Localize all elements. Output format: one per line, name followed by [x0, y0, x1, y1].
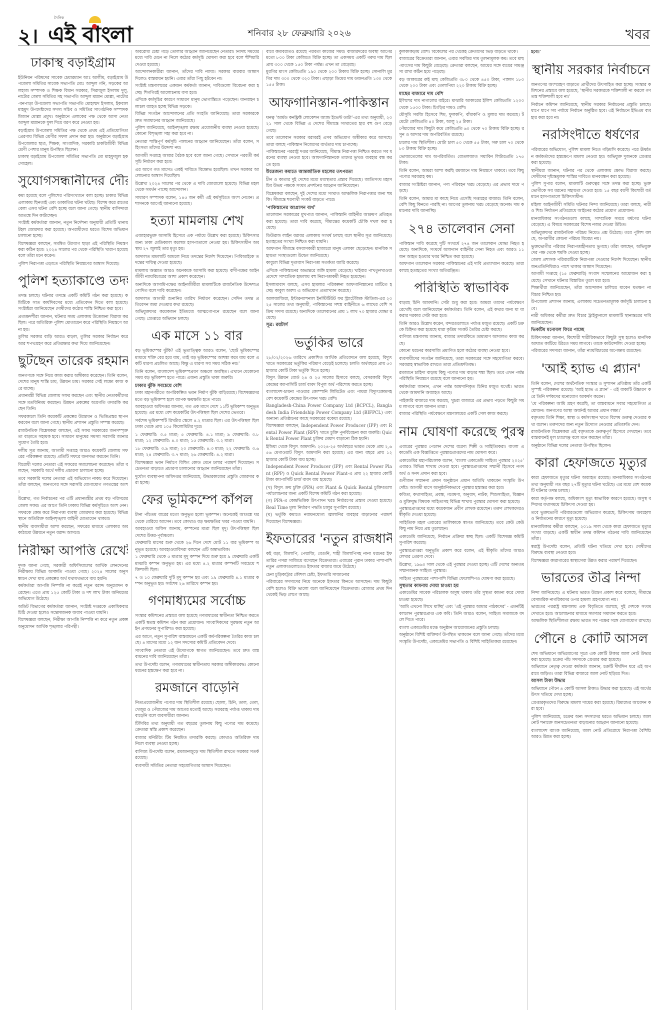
article-paragraph: পাকিস্তানের পররাষ্ট্র দপ্তর জানিয়েছে, স…	[266, 150, 392, 169]
article-paragraph: পাকিস্তান দাবি করেছে দুটি সংঘর্ষে ২৭৪ জন…	[399, 242, 524, 261]
article-paragraph: গুণীজন সম্মাননা প্রদান অনুষ্ঠানে প্রধান …	[399, 479, 524, 492]
article-headline[interactable]: পৌনে ৪ কোটি আসল	[531, 632, 651, 648]
article: নাম ঘোষণা করেছে পুরস্কারএবারের পুরস্কার …	[399, 425, 524, 646]
article-paragraph: আলজাজিরা, ইন্টারন্যাশনাল ইনস্টিটিউট ফর স…	[266, 297, 392, 323]
article-paragraph: প্রত্যক্ষদর্শীরা জানান, ঘটনার সময় এলাকা…	[18, 315, 128, 334]
article-paragraph: পুরস্কারপ্রাপ্তদের মধ্যে কয়েকজন প্রবীণ …	[399, 507, 524, 520]
article-paragraph: সর্বশেষ ভূমিকম্পটি রিখটার স্কেলে ৪.২ মাত…	[135, 419, 259, 432]
article: ভারতের তীব্র নিন্দানিন্দা জানিয়েছে। এ ঘ…	[531, 571, 651, 625]
article-subheading: ভিকটিম মনোবল ফিরে পাচ্ছে	[531, 328, 651, 335]
article-paragraph: এজাহারভুক্ত আসামি হিসেবে এক পর্যায়ে উল্…	[135, 234, 259, 253]
article-paragraph: এদিকে পাকিস্তানের অভ্যন্তরে জঙ্গি হামলা …	[266, 269, 392, 282]
article-headline[interactable]: ছুটছেন তারেক রহমান	[18, 354, 128, 370]
article-paragraph: বাংলাদেশ ব্যাংক জানিয়েছে, জাল নোট প্রতি…	[531, 729, 651, 742]
article-paragraph: ব্যবসায়ীদের সংগঠন জানিয়েছে, তারা সরকার…	[399, 357, 524, 370]
article-paragraph: কাবুলে বিভিন্ন দূতাবাস নিরাপত্তা সতর্কতা…	[266, 261, 392, 267]
article: ফের ভূমিকম্পে কাঁপলটানা পাঁচতম বারের মতো…	[135, 493, 259, 588]
article: কারা হেফাজতে মৃত্যুরকারা হেফাজতে মৃত্যুর…	[531, 456, 651, 565]
article-headline[interactable]: এক মাসে ১১ বার	[135, 329, 259, 345]
article-paragraph: Bangladesh-China Power Company Ltd (BCPC…	[266, 404, 392, 423]
column-divider	[262, 50, 263, 1010]
article: এক মাসে ১১ বারবড় ভূমিকম্পের ঝুঁকি? এই ভ…	[135, 329, 259, 487]
article-paragraph: অন্যদিকে আসামিপক্ষের আইনজীবীরা মামলাটিকে…	[135, 283, 259, 296]
article-paragraph: স্থানীয় ব্যবসায়ীরা আশা করছেন, সফরের মা…	[18, 525, 128, 538]
article-paragraph: তবে তালেবান সরকার বরাবরই এসব অভিযোগ অস্ব…	[266, 136, 392, 149]
article-paragraph: গ্রেপ্তারকৃতদের বিরুদ্ধে মামলা দায়ের কর…	[531, 701, 651, 714]
article-headline[interactable]: নিরীক্ষা আপত্তি রেখেই	[18, 544, 128, 560]
article-paragraph: 'আমি এখনো লিখে যাচ্ছি' এবং 'এই পুরস্কার …	[399, 605, 524, 624]
article: কুলকাঁকড়ায় বেশি। বিকেলের পর থেকেই ক্রে…	[399, 50, 524, 216]
article: আফগানিস্তান-পাকিস্তানঘনত্ব 'আর্মড কনফ্লি…	[266, 96, 392, 330]
article-paragraph: পাইকারি বাজারে দাম কমেছে, খুচরা বাজারে এ…	[399, 399, 524, 412]
article: রমজানে বাড়েনিনিত্যপ্রয়োজনীয় পণ্যের দা…	[135, 681, 259, 770]
article-paragraph: বড় আকারের রুই মাছ কেজিপ্রতি ৩৮০ থেকে ৪৫…	[399, 78, 524, 91]
column-3: বাবে কর্মবিরতিও রয়েছে পরবর্তী কাজের সময…	[266, 50, 392, 1010]
article-paragraph: আন্দোলনকারীরা জানান, তাঁদের দাবি ন্যায্য…	[135, 70, 259, 83]
article-paragraph: আবহাওয়া অধিদপ্তর জানায়, গত এক মাসে দেশ…	[135, 405, 259, 418]
article-headline[interactable]: ঢাকাস্থ বড়াইগ্রাম	[18, 56, 128, 72]
article-paragraph: পুলিশ সুপার বলেন, মামলাটি গুরুত্বের সঙ্গ…	[531, 182, 651, 201]
article-paragraph: উল্লেখ্য, ১৯৬০ সাল থেকে এই পুরস্কার দেওয…	[399, 563, 524, 576]
article-paragraph: মানবাধিকার কর্মীরা বলছেন, ২০১৯ সাল থেকে …	[531, 525, 651, 544]
article-paragraph: তিনি বলেন, দেশের অর্থনৈতিক সংস্কার ও সুশ…	[531, 382, 651, 401]
article-paragraph: তথ্য উপদেষ্টা বলেন, গণমাধ্যমের স্বাধীনতা…	[135, 663, 259, 676]
article-paragraph: জেলা প্রশাসক পরিবারটিকে নিরাপত্তা দেওয়া…	[531, 258, 651, 271]
article-paragraph: জনগণকে সঙ্গে নিয়ে কাজ করার অঙ্গীকার করে…	[18, 374, 128, 393]
article-paragraph: অনুষ্ঠানে বিভিন্ন দলের নেতারা উপস্থিত ছি…	[531, 444, 651, 450]
article: গণমাধ্যমের সর্বোচ্চসংস্কার কমিশনের প্রস্…	[135, 594, 259, 675]
article-paragraph: অভিযুক্তদের কয়েকজন ইতিমধ্যে আত্মগোপনে র…	[135, 310, 259, 323]
article-paragraph: পুলিশ জানিয়েছে, আইনশৃঙ্খলা রক্ষায় প্রয…	[135, 126, 259, 139]
article-paragraph: ইলিশের দাম নাগালের বাইরে। মাঝারি আকারের …	[399, 99, 524, 112]
article-paragraph: ৭ ও ১০ ফেব্রুয়ারি দুটি মৃদু কম্পন হয় এ…	[135, 576, 259, 589]
article-paragraph: সফরকে কেন্দ্র করে নিরাপত্তা ব্যবস্থা জোর…	[18, 511, 128, 524]
article-paragraph: ভুক্তভোগীর পরিবার নিরাপত্তাহীনতায় ভুগছে…	[531, 245, 651, 258]
article-paragraph: এদিকে কর্মসূচির কারণে সাধারণ মানুষ ভোগান…	[135, 98, 259, 111]
article-paragraph: একাডেমি জানিয়েছে, নির্বাচন প্রক্রিয়া স…	[399, 535, 524, 548]
article-paragraph: আঞ্চলিক স্থিতিশীলতা রক্ষায় ভারত সব পক্ষ…	[531, 619, 651, 625]
article-headline[interactable]: ফের ভূমিকম্পে কাঁপল	[135, 493, 259, 509]
article-headline[interactable]: নাম ঘোষণা করেছে পুরস্কার	[399, 425, 524, 441]
article-paragraph: দুর্যোগ ব্যবস্থাপনা অধিদপ্তর জানিয়েছে, …	[135, 475, 259, 488]
article-paragraph: একাডেমির সাবেক পরিচালক অসুস্থ থাকায় তাঁ…	[399, 591, 524, 604]
article-paragraph: সাংবাদিক নেতারা এই উদ্যোগকে স্বাগত জানিয…	[135, 649, 259, 662]
article: ঢাকাস্থ বড়াইগ্রামইউনিয়ন পরিষদের সাবেক …	[18, 56, 128, 168]
article-paragraph: কারা হেফাজতে মৃত্যুর ঘটনা অব্যাহত রয়েছে…	[531, 476, 651, 495]
article-headline[interactable]: ইফতারের 'নতুন রাজধানী'	[266, 532, 392, 548]
article-paragraph: বাবে কর্মবিরতিও রয়েছে পরবর্তী কাজের সময…	[266, 50, 392, 69]
article-paragraph: সংশ্লিষ্ট মন্ত্রণালয়ের একজন কর্মকর্তা জ…	[135, 84, 259, 97]
article: নরসিংদীতে ধর্ষণেরপরিবারের অভিযোগ, পুলিশ …	[531, 128, 651, 356]
article-subheading: মাছের বাজারে দাম বেশি	[399, 92, 524, 99]
article-headline[interactable]: কারা হেফাজতে মৃত্যুর	[531, 456, 651, 472]
article: স্থানীয় সরকার নির্বাচনেজনগণের অংশগ্রহণ …	[531, 63, 651, 123]
article-paragraph: আদালত মামলাটি আমলে নিয়ে তদন্তের নির্দেশ…	[135, 255, 259, 268]
article-paragraph: স্থানীয়রা জানান, ঘটনার পর থেকে এলাকায় …	[531, 169, 651, 182]
article-paragraph: ফেব্রুয়ারি মাসের শুরু থেকে ২৬ দিনে দেশে…	[135, 541, 259, 554]
article-paragraph: ঘনত্ব 'আর্মড কনফ্লিক্ট লোকেশন অ্যান্ড ইভ…	[266, 116, 392, 135]
article-paragraph: মৌসুমি সবজি হিসেবে শিম, ফুলকপি, বাঁধাকপি…	[399, 113, 524, 126]
article-headline[interactable]: পরিস্থিতি স্বাভাবিক	[399, 281, 524, 297]
article-paragraph: বিশেষজ্ঞরা বলছেন, Independent Power Prod…	[266, 424, 392, 443]
article-paragraph: চীন ও কাতার দুই দেশের মধ্যে মধ্যস্থতার প…	[266, 178, 392, 191]
article: বাবে কর্মবিরতিও রয়েছে পরবর্তী কাজের সময…	[266, 50, 392, 90]
article-paragraph: কুলকাঁকড়ায় বেশি। বিকেলের পর থেকেই ক্রে…	[399, 50, 524, 56]
article-paragraph: চালের দাম স্থিতিশীল। মোটা চাল ৫০ থেকে ৫৫…	[399, 141, 524, 154]
article-paragraph: অডিট বিভাগের কর্মকর্তারা জানান, সংশ্লিষ্…	[18, 605, 128, 618]
article-paragraph: কবিতা, কথাসাহিত্য, প্রবন্ধ, গবেষণা, অনুব…	[399, 493, 524, 506]
article-paragraph: উল্লেখ্য ২০২৪ সালের পর থেকে এ দাবি জোরাল…	[135, 182, 259, 195]
column-divider	[527, 50, 528, 1010]
article-paragraph: সংশ্লিষ্ট কর্মকর্তারা জানান, নতুন নির্দে…	[18, 221, 128, 240]
article-paragraph: তালেবান সরকারের মুখপাত্র জানান, পাকিস্তা…	[266, 213, 392, 232]
article-paragraph: ইউনিয়ন পরিষদের সাবেক চেয়ারম্যান আঃ আলী…	[18, 76, 128, 128]
article-subheading: ঢাকার ঝুঁকি সবচেয়ে বেশি	[135, 384, 259, 391]
article-paragraph: পেঁয়াজের দাম কিছুটা কমে কেজিপ্রতি ৬০ থে…	[399, 127, 524, 140]
column-4: কুলকাঁকড়ায় বেশি। বিকেলের পর থেকেই ক্রে…	[399, 50, 524, 1010]
article-paragraph: সাহিত্যিক মহল এবারের তালিকাকে স্বাগত জান…	[399, 521, 524, 534]
article-paragraph: ভোজ্যতেলের দাম অপরিবর্তিত। বোতলজাত সয়াব…	[399, 155, 524, 168]
article-paragraph: ১ ফেব্রুয়ারি: ৩.৫ মাত্রা; ৫ ফেব্রুয়ারি…	[135, 433, 259, 446]
article-headline[interactable]: 'আই হ্যাভ এ প্ল্যান'	[531, 362, 651, 378]
article-paragraph: উপজেলা প্রশাসন জানায়, এলাকায় সচেতনতামূ…	[531, 300, 651, 313]
article-paragraph: নিত্যপ্রয়োজনীয় পণ্যের দাম স্থিতিশীল রয…	[135, 701, 259, 720]
article-paragraph: বাজার সংশ্লিষ্টরা জানান, পণ্য পরিবহন খরচ…	[399, 183, 524, 196]
article-paragraph: বাংলা একাডেমির মঞ্চে অনুষ্ঠান আয়োজনের প…	[399, 626, 524, 632]
article-paragraph: নারী অধিকার কর্মীরা দ্রুত বিচার ট্রাইব্য…	[531, 314, 651, 327]
article-paragraph: একাডেমির মহাপরিচালক বলেন, 'বাংলা একাডেমি…	[399, 459, 524, 478]
article: অবরোধী চেষ্টা গড়ে তোলার আহ্বান জানিয়েছ…	[135, 50, 259, 208]
article-paragraph: দুদক জানা গেছে, সরকারী অফিসিয়ালের আর্থি…	[18, 564, 128, 583]
column-1: ঢাকাস্থ বড়াইগ্রামইউনিয়ন পরিষদের সাবেক …	[18, 50, 128, 1010]
dateline: শনিবার ২৮ ফেব্রুয়ারি ২০২৬	[248, 26, 351, 41]
article-paragraph: বড়াইগ্রাম উপজেলা সমিতির পক্ষ থেকে প্রথম…	[18, 129, 128, 155]
article-paragraph: তুলির সরকার বাড়ি আরও বাড়ল, তুলির সরকার…	[18, 335, 128, 348]
article-paragraph: স্বরাষ্ট্র উপদেষ্টা বলেন, প্রতিটি ঘটনা খ…	[531, 545, 651, 558]
article-paragraph: বাজার পরিস্থিতি পর্যবেক্ষণে মন্ত্রণালয়ে…	[399, 412, 524, 418]
article-paragraph: নিন্দা জানিয়েছে। এ ঘটনায় ভারত উদ্বেগ প…	[531, 591, 651, 604]
article-headline[interactable]: স্থানীয় সরকার নির্বাচনে	[531, 63, 651, 79]
article: হত্যা মামলায় শেখএজাহারভুক্ত আসামি হিসেব…	[135, 214, 259, 323]
article: পরিস্থিতি স্বাভাবিকবাড়ছে চিনি আমদানি। স…	[399, 281, 524, 419]
article-paragraph: কারা কর্তৃপক্ষ বলছে, অধিকাংশ মৃত্যু স্বা…	[531, 497, 651, 510]
article-paragraph: ইসলামাবাদ বলছে, এসব হামলার পরিকল্পনা আফগ…	[266, 283, 392, 296]
article-headline[interactable]: হত্যা মামলায় শেখ	[135, 214, 259, 230]
column-2: অবরোধী চেষ্টা গড়ে তোলার আহ্বান জানিয়েছ…	[135, 50, 259, 1010]
article-paragraph: আগামী সপ্তাহে আবার বৈঠক হবে বলে জানা গেছ…	[135, 154, 259, 167]
article-paragraph: কমা হয়েছে বলে পুলিশের পরিসংখ্যানে বলা হ…	[18, 194, 128, 220]
article-paragraph: ভারতের পররাষ্ট্র মন্ত্রণালয় এক বিবৃতিতে…	[531, 605, 651, 618]
red-dot-icon	[92, 24, 97, 29]
article-paragraph: পুরস্কারপ্রাপ্তরা অনুভূতি প্রকাশ করে বলে…	[399, 549, 524, 562]
article-paragraph: তিনি বলেন, বাংলাদেশ ভূমিকম্পপ্রবণ অঞ্চলে…	[135, 370, 259, 383]
article-subheading: আসল টাকা উদ্ধার	[531, 679, 651, 686]
article-paragraph: রাজনৈতিক বিশ্লেষকরা বলছেন, এই সফর সরকারে…	[18, 429, 128, 448]
column-5: হবে।'স্থানীয় সরকার নির্বাচনেজনগণের অংশগ…	[531, 50, 651, 1010]
article-paragraph: তবে সরকারি দলের নেতারা এই অভিযোগ নাকচ কর…	[18, 477, 128, 496]
article-paragraph: চাকাস্থ বড়াইগ্রাম উপজেলা সমিতির সভাপতি …	[18, 155, 128, 168]
article-paragraph: 'যে পরিকল্পনা আমি গ্রহণ করেছি, তা বাস্তব…	[531, 402, 651, 415]
article-paragraph: এর আগে, নতুন সুপারিশ বাস্তবায়নে একটি কর…	[135, 635, 259, 648]
article-paragraph: ডিউরান্ড লাইন বরাবর এলাকায় সংঘর্ষ চলছে …	[266, 234, 392, 247]
article-paragraph: তবে ভুক্তভোগী পরিবারগুলো অভিযোগ করেছে, চ…	[531, 511, 651, 524]
article: পুলিশ হত্যাকাণ্ডে তদন্ততদন্ত চলছে। ঘটনার…	[18, 274, 128, 348]
article-paragraph: চেনা চুড়িকাট্টার কৌশল চেষ্টা, ইফতারি সা…	[266, 573, 392, 579]
article-paragraph: এর আগে গত মাসেও একই দাবিতে বিক্ষোভ হয়েছ…	[135, 168, 259, 181]
article-paragraph: কর্মকর্তারা জানান, এখন পর্যন্ত আমদানিকৃত…	[399, 385, 524, 398]
article-headline[interactable]: আফগানিস্তান-পাকিস্তান	[266, 96, 392, 112]
article-paragraph: শিক্ষার্থীরা জানিয়েছেন, তাঁরা আন্দোলন চ…	[531, 286, 651, 299]
article-paragraph: জনগণের অংশগ্রহণ বাড়াতে প্রার্থীদের উৎসা…	[531, 83, 651, 102]
article-paragraph: চিকিৎসকরা জানান, কিশোরী শারীরিকভাবে কিছু…	[531, 336, 651, 349]
article-paragraph: (ঘ) ভর্তুকি কমাতে নবায়নযোগ্য জ্বালানির …	[266, 513, 392, 526]
article: নিরীক্ষা আপত্তি রেখেইদুদক জানা গেছে, সরক…	[18, 544, 128, 632]
article: ২৭৪ তালেবান সেনাপাকিস্তান দাবি করেছে দুট…	[399, 222, 524, 275]
section-label: খবর	[625, 23, 650, 47]
article-paragraph: ২৮/০২/২০২৬ তারিখে প্রকাশিত আর্থিক প্রতিব…	[266, 356, 392, 375]
article-paragraph: টিসিবির তথ্য অনুযায়ী গত বছরের তুলনায় ক…	[135, 722, 259, 735]
article-paragraph: ইন্ডিয়া থেকে বিদ্যুৎ আমদানি: ২০২৪-২৫ অর…	[266, 445, 392, 464]
article-headline[interactable]: ভারতের তীব্র নিন্দা	[531, 571, 651, 587]
article-headline[interactable]: ভর্তুকির ভারে	[266, 336, 392, 352]
article-paragraph: বাংলাদেশ-চায়না পাওয়ার কোম্পানি লিমিটেড…	[266, 390, 392, 403]
article-paragraph: বিভিন্ন সংগঠন আন্দোলনের প্রতি সংহতি জানি…	[135, 112, 259, 125]
article-headline[interactable]: নরসিংদীতে ধর্ষণের	[531, 128, 651, 144]
article: হবে।'	[531, 50, 651, 57]
article-paragraph: ঢাকা মহানগরীতে অপরিকল্পিত ভবন নির্মাণ ঝু…	[135, 391, 259, 404]
article-paragraph: বাণিজ্য মন্ত্রণালয় জানায়, বাজার তদারকি…	[399, 335, 524, 348]
article: ইফতারের 'নতুন রাজধানী'কই বড়া, জিলাপি, প…	[266, 532, 392, 599]
article-paragraph: বড় ভূমিকম্পের ঝুঁকি? এই ভূতাত্ত্বিক আরও…	[135, 349, 259, 368]
article-paragraph: আবহাওয়া অফিস জানায়, কম্পনের মাত্রা ছিল…	[135, 527, 259, 540]
article-paragraph: অভিযানে পৌনে ৪ কোটি আসল টাকাও উদ্ধার করা…	[531, 687, 651, 700]
article-paragraph: আদালত আগামী শুনানির তারিখ নির্ধারণ করেছে…	[135, 297, 259, 310]
article-paragraph: এবারের পুরস্কার পেলেন দেশের বরেণ্য শিল্প…	[399, 445, 524, 458]
article-paragraph: বিরোধী দলের নেতারা এই সফরের সমালোচনা করে…	[18, 463, 128, 476]
article-paragraph: অবরোধী চেষ্টা গড়ে তোলার আহ্বান জানিয়েছ…	[135, 50, 259, 69]
article-headline[interactable]: গণমাধ্যমের সর্বোচ্চ	[135, 594, 259, 610]
article-subheading: উত্তেজনা কমাতে আন্তর্জাতিক মহলের তৎপরতা	[266, 170, 392, 177]
article-subheading: সূত্র: রয়টার্স	[266, 323, 392, 330]
article-paragraph: টানা পাঁচতম বারের মতো অনুভূত হলো ভূকম্পন…	[135, 513, 259, 526]
article-paragraph: সংস্কার কমিশনের প্রস্তাবে বলা হয়েছে গণম…	[135, 614, 259, 633]
article-paragraph: বিশেষজ্ঞরা কারাগারের স্বাস্থ্যসেবা উন্নত…	[531, 559, 651, 565]
article-paragraph: তিনি আরও উল্লেখ করেন, বন্দরগুলোতে পর্যাপ…	[399, 322, 524, 335]
article-paragraph: রাজনৈতিক বিশ্লেষকরা এই বক্তৃতাকে গুরুত্ব…	[531, 430, 651, 443]
article-paragraph: বাণিজ্য উপদেষ্টা বলেন, রমজানজুড়ে দাম স্…	[135, 750, 259, 763]
article-paragraph: প্রধানমন্ত্রী বিভিন্ন জেলায় সফর করছেন এ…	[18, 394, 128, 413]
article-headline[interactable]: সুযোগসন্ধানীদের দৌরাত্ম্য	[18, 174, 128, 190]
article: 'আই হ্যাভ এ প্ল্যান'তিনি বলেন, দেশের অর্…	[531, 362, 651, 451]
article-paragraph: সাহিত্য পুরস্কারের পাশাপাশি বিভিন্ন ফেলো…	[399, 577, 524, 583]
article-paragraph: বক্তৃতায় তিনি শিক্ষা, স্বাস্থ্য ও কর্মস…	[531, 416, 651, 429]
article-paragraph: বাজার মনিটরিং টিম নিয়মিত তদারকি করছে। ক…	[135, 736, 259, 749]
article-paragraph: সফরকালে তিনি কয়েকটি প্রকল্পের উদ্বোধন ও…	[18, 415, 128, 428]
masthead: ২। দৈনিক এই বাংলা শনিবার ২৮ ফেব্রুয়ারি …	[18, 22, 650, 46]
article-paragraph: (খ) বিদ্যুৎ ক্রয় চুক্তি (PPA) এবং Plant…	[266, 486, 392, 499]
article-paragraph: আগামী সপ্তাহে (১৫ ফেব্রুয়ারি) সংবাদ সম্…	[531, 272, 651, 285]
article-paragraph: পরিবারের সদস্যরা জানান, তাঁরা ন্যায়বিচা…	[531, 349, 651, 355]
article-paragraph: ব্যবসায়ী সমিতির নেতারা সহযোগিতার আশ্বাস…	[135, 764, 259, 770]
article-paragraph: বিদ্যুৎ উন্নয়ন বোর্ড ২৪ ও ২৫ সালের হিসা…	[266, 376, 392, 389]
article-paragraph: বিশ্লেষকরা বলছেন, দুই দেশের মধ্যে সংঘাত …	[266, 192, 392, 205]
article-paragraph: বাড়ছে চিনি আমদানি। সেটা শুধু করা হবে। আ…	[399, 301, 524, 320]
article-paragraph: উল্লেখ্য, গত নির্বাচনের পর এটি প্রধানমন্…	[18, 497, 128, 510]
article-paragraph: কোনো ধরনের কারসাজি প্রমাণিত হলে কঠোর ব্য…	[399, 349, 524, 355]
article-paragraph: অনুষ্ঠানে বিশিষ্ট ব্যক্তিবর্গ উপস্থিত থা…	[399, 633, 524, 646]
article-paragraph: তিনি বলেন, আমরা আশা করছি রমজানে দাম নিয়…	[399, 169, 524, 182]
article-headline[interactable]: ২৭৪ তালেবান সেনা	[399, 222, 524, 238]
article-paragraph: পরিবারের সদস্যদের নিয়ে অনেকে ইফতার কিনত…	[266, 580, 392, 599]
article-paragraph: পুলিশ জানিয়েছে, চক্রের অন্য সদস্যদের ধর…	[531, 715, 651, 728]
article: ভর্তুকির ভারে২৮/০২/২০২৬ তারিখে প্রকাশিত …	[266, 336, 392, 526]
article-subheading: 'পাকিস্তানের আগ্রাসন ব্যর্থ'	[266, 206, 392, 213]
article-paragraph: নেতারা শান্তিপূর্ণ কর্মসূচি পালনের আহ্বা…	[135, 140, 259, 153]
article-paragraph: ১ ফেব্রুয়ারি থেকে ৫ মাত্রার মৃদু কম্পন …	[135, 555, 259, 574]
article-paragraph: আফগান সীমান্তে বসবাসকারী হাজারো মানুষ এল…	[266, 247, 392, 260]
article: সুযোগসন্ধানীদের দৌরাত্ম্যকমা হয়েছে বলে …	[18, 174, 128, 268]
article-paragraph: পরিবারের অভিযোগ, পুলিশ মামলা নিতে গড়িমস…	[531, 148, 651, 167]
article-headline[interactable]: পুলিশ হত্যাকাণ্ডে তদন্ত	[18, 274, 128, 290]
article: ছুটছেন তারেক রহমানজনগণকে সঙ্গে নিয়ে কাজ…	[18, 354, 128, 538]
article-paragraph: মামলায় অজ্ঞাত আরও অনেককে আসামি করা হয়ে…	[135, 269, 259, 282]
article-paragraph: শেষ অভিযানে অভিযোগের সূত্রে এক কোটি টাকা…	[531, 652, 651, 665]
article-headline[interactable]: রমজানে বাড়েনি	[135, 681, 259, 697]
article-paragraph: Independent Power Producer (IPP) এবং Ren…	[266, 465, 392, 484]
article-paragraph: তিনি বলেন, আমার মা কাছে নিয়ে এসেছি সপ্ত…	[399, 197, 524, 216]
article-paragraph: রমজানে চাহিদা বাড়ায় কিছু পণ্যের দাম বা…	[399, 371, 524, 384]
article-paragraph: বিশেষজ্ঞরা ভবন নির্মাণে বিল্ডিং কোড মেনে…	[135, 461, 259, 474]
article-paragraph: মুরগির মাংস কেজিপ্রতি ১৯০ থেকে ২০০ টাকায…	[266, 70, 392, 89]
article-subheading: সুস্থতার কামনায় দোয়া চাওয়া হয়	[399, 584, 524, 591]
column-divider	[395, 50, 396, 1010]
article-paragraph: ১৮ ফেব্রুয়ারি: ৩.৯ মাত্রা; ২০ ফেব্রুয়া…	[135, 447, 259, 460]
article-paragraph: কর্মকর্তারা আপত্তি নিষ্পত্তি না করেই নতু…	[18, 584, 128, 603]
article-paragraph: (গ) PPA-এ কেন্দ্রভিত্তিক উৎপাদন খরচ নির্…	[266, 499, 392, 512]
article-paragraph: বিশেষজ্ঞরা বলছেন, সমন্বিত উদ্যোগ ছাড়া এ…	[18, 242, 128, 261]
sun-icon	[89, 16, 101, 23]
article-subheading: হবে।'	[531, 50, 651, 57]
article-paragraph: অভিযুক্তদের রাজনৈতিক পরিচয় নিয়েও প্রশ্…	[531, 231, 651, 244]
article-paragraph: নির্বাচন কমিশন জানিয়েছে, স্থানীয় সরকার…	[531, 103, 651, 122]
article-paragraph: মানবাধিকার সংগঠনগুলো বলছে, সাম্প্রতিক সম…	[531, 217, 651, 230]
column-divider	[131, 50, 132, 1010]
article-paragraph: বিশেষজ্ঞরা বলছেন, নিরীক্ষা আপত্তি নিষ্পত…	[18, 618, 128, 631]
article-paragraph: বাজারের বিক্রেতারা জানান, এবার সবজির দাম…	[399, 57, 524, 76]
article-paragraph: আফগান তালেবান সরকার পাকিস্তানের এই দাবি …	[399, 262, 524, 275]
article-paragraph: সাধারণ সম্পাদক বলেন, ১৪৫ জন কর্মী এই কর্…	[135, 196, 259, 209]
article-paragraph: পুলিশ নিরাপত্তা এড়াতে পরিস্থিতি নিয়ন্ত…	[18, 262, 128, 268]
article-paragraph: তদন্ত চলছে। ঘটনার তদন্তে একটি কমিটি গঠন …	[18, 294, 128, 313]
article-paragraph: দলীয় সূত্র জানায়, আগামী সপ্তাহে আরও কয…	[18, 449, 128, 462]
article-paragraph: মহিলা আইনজীবী সমিতি ঘটনার নিন্দা জানিয়ে…	[531, 203, 651, 216]
article-paragraph: কই বড়া, জিলাপি, পেয়াজি, বেগুনি, শাহী জ…	[266, 552, 392, 571]
article: পৌনে ৪ কোটি আসলশেষ অভিযানে অভিযোগের সূত্…	[531, 632, 651, 742]
article-paragraph: অভিযানে নেতৃত্ব দেওয়া কর্মকর্তা জানান, …	[531, 665, 651, 678]
